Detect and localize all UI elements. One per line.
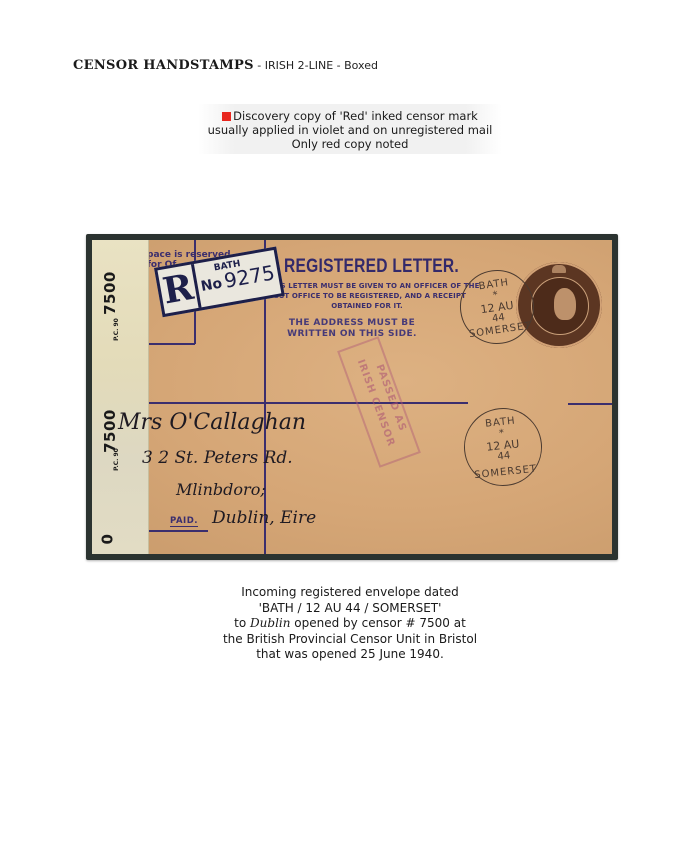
censor-number: 7500: [101, 271, 119, 315]
censor-tape: 7500 P.C. 90 7500 P.C. 90 0: [92, 240, 149, 554]
address-side-note: THE ADDRESS MUST BE WRITTEN ON THIS SIDE…: [272, 318, 432, 340]
description-caption: Incoming registered envelope dated 'BATH…: [150, 585, 550, 663]
paid-label: PAID.: [170, 516, 198, 527]
address-line-1: Mrs O'Callaghan: [118, 410, 306, 435]
postmark-bottom: BATH * 12 AU 44 SOMERSET: [460, 404, 546, 490]
censor-number: 7500: [101, 409, 119, 453]
guide-line-bottom: [148, 530, 208, 532]
city-dublin: Dublin: [250, 616, 290, 630]
crown-icon: [552, 265, 566, 273]
discovery-note: Discovery copy of 'Red' inked censor mar…: [198, 104, 502, 154]
page-title: CENSOR HANDSTAMPS: [73, 58, 254, 73]
address-line-3: Mlinbdoro;: [176, 480, 266, 499]
registration-r-letter: R: [157, 264, 201, 314]
registered-instructions: THIS LETTER MUST BE GIVEN TO AN OFFICER …: [267, 281, 467, 311]
registration-no-prefix: No: [200, 276, 224, 295]
guide-line-horizontal: [148, 402, 468, 404]
registered-letter-title: REGISTERED LETTER.: [284, 256, 459, 278]
censor-form-code: P.C. 90: [113, 318, 120, 341]
note-line-2: usually applied in violet and on unregis…: [198, 123, 502, 137]
guide-line-label-bottom: [148, 343, 195, 345]
envelope-image: pace is reserved for Of... REGISTERED LE…: [92, 240, 612, 554]
page-subtitle: - IRISH 2-LINE - Boxed: [254, 59, 378, 72]
note-line-3: Only red copy noted: [198, 137, 502, 151]
censor-number-partial: 0: [98, 534, 116, 545]
guide-line-horizontal-right: [568, 403, 612, 405]
censor-form-code: P.C. 90: [113, 448, 120, 471]
postmark-top: BATH * 12 AU 44 SOMERSET: [455, 265, 539, 349]
note-line-1: Discovery copy of 'Red' inked censor mar…: [198, 109, 502, 123]
address-line-4: Dublin, Eire: [212, 508, 316, 528]
page-header: CENSOR HANDSTAMPS - IRISH 2-LINE - Boxed: [73, 58, 378, 73]
address-line-2: 3 2 St. Peters Rd.: [142, 448, 293, 468]
red-marker-icon: [222, 112, 231, 121]
